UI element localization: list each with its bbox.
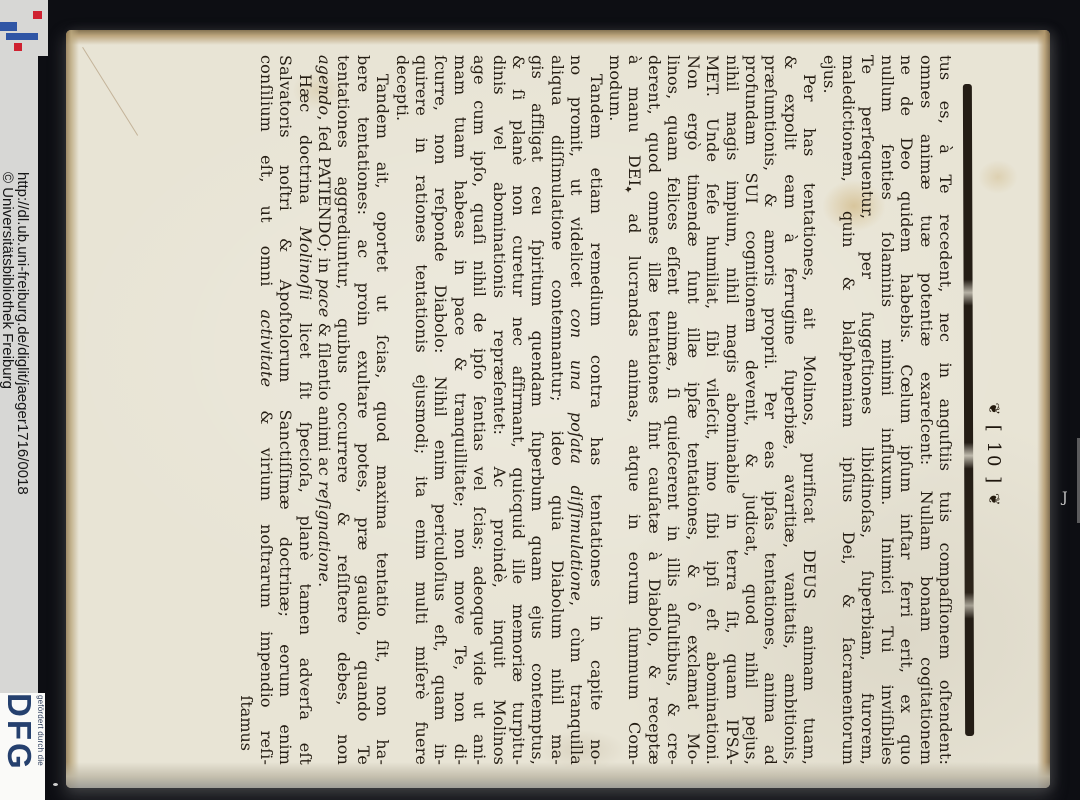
logo-mark-red	[14, 43, 22, 51]
fleuron-icon: ❦	[985, 402, 1003, 417]
text-line: Salvatoris noſtri & Apoſtolorum Sanctiſſ…	[276, 55, 295, 765]
header-rule	[963, 84, 974, 736]
text-line: & ſi planè non curetur nec affirmant, qu…	[509, 55, 528, 765]
logo-mark-blue	[6, 33, 38, 40]
text-line: age cum ipſo, quaſi nihil de ipſo ſentia…	[470, 55, 489, 765]
text-line: agendo, ſed PATIENDO; in pace & ſilentio…	[315, 55, 334, 765]
text-line: gis affligat ceu ſpiritum quendam ſuperb…	[528, 55, 547, 765]
scan-artifact-mark: J	[1062, 490, 1068, 506]
text-line: ſcurre, non reſponde Diabolo: Nihil enim…	[431, 55, 450, 765]
text-line: decepti.	[392, 55, 411, 765]
text-line: nihil magis impium, nihil magis abominab…	[722, 55, 741, 765]
source-reference: http://dl.ub.uni-freiburg.de/diglit/jaeg…	[0, 172, 30, 642]
text-line: & expolit eam à ferrugine ſuperbiæ, avar…	[780, 55, 799, 765]
text-line: tus es, à Te recedent, nec in anguſtiis …	[936, 55, 955, 765]
text-line: MET. Unde ſeſe humiliat, ſibi vileſcit, …	[703, 55, 722, 765]
text-line: nullum ſenties ſolaminis minimi influxum…	[877, 55, 896, 765]
text-line: derent, quod omnes illæ tentationes ſint…	[645, 55, 664, 765]
text-line: linos, quam felices eſſent animæ, ſi qui…	[664, 55, 683, 765]
text-line: profundam SUI cognitionem devenit, & jud…	[742, 55, 761, 765]
text-line: Hæc doctrina Molinoſii licet ſit ſpecioſ…	[295, 55, 314, 765]
text-line: à manu DEI, ad lucrandas animas, atque i…	[625, 55, 644, 765]
text-line: modum.	[606, 55, 625, 765]
text-line: Te perſequentur, per ſuggeſtiones libidi…	[858, 55, 877, 765]
text-line: no promit, ut videlicet con una poſata d…	[567, 55, 586, 765]
page-number: [ 10 ]	[983, 425, 1004, 485]
text-line: conſilium eſt, ut omni activitate & viri…	[256, 55, 275, 765]
text-line: quirere in rationes tentationis ejusmodi…	[412, 55, 431, 765]
paragraph: Hæc doctrina Molinoſii licet ſit ſpecioſ…	[256, 55, 314, 765]
text-line: Per has tentationes, ait Molinos, purifi…	[800, 55, 819, 765]
paragraph: Tandem ait, oportet ut ſcias, quod maxim…	[315, 55, 393, 765]
text-line: dinis vel abominationis repræſentet: Ac …	[489, 55, 508, 765]
paragraph: Per has tentationes, ait Molinos, purifi…	[606, 55, 819, 765]
scanner-background: ✦ ❦ [ 10 ] ❦ tus es, à Te recedent, nec …	[0, 0, 1080, 800]
text-line: maledictionem, quin & blaſphemiam ipſius…	[839, 55, 858, 765]
text-line: omnes animæ tuæ potentiæ exareſcent: Nul…	[916, 55, 935, 765]
text-block: tus es, à Te recedent, nec in anguſtiis …	[256, 55, 955, 765]
page-content: ❦ [ 10 ] ❦ tus es, à Te recedent, nec in…	[66, 30, 1050, 788]
paragraph: tus es, à Te recedent, nec in anguſtiis …	[819, 55, 955, 765]
dfg-logo: gefördert durch die DFG	[0, 693, 45, 800]
text-line: ejus.	[819, 55, 838, 765]
dfg-acronym: DFG	[2, 693, 36, 800]
scan-artifact-speck	[53, 783, 58, 786]
fleuron-icon: ❦	[985, 493, 1003, 508]
catchword: ſtamus	[237, 55, 256, 765]
text-line: aliqua diſſimulatione contemnantur; ideo…	[547, 55, 566, 765]
scanned-page-viewer: { "colors":{ "bg":"#0d0e13","sidebar":"#…	[0, 0, 1080, 800]
text-line: Tandem etiam remedium contra has tentati…	[586, 55, 605, 765]
metadata-sidebar: http://dl.ub.uni-freiburg.de/diglit/jaeg…	[0, 0, 38, 800]
paragraph: Tandem etiam remedium contra has tentati…	[392, 55, 605, 765]
logo-mark-blue	[0, 22, 17, 31]
text-line: præſumtionis, & amoris proprii. Per eas …	[761, 55, 780, 765]
text-line: bere tentationes: ac proin exultare pote…	[353, 55, 372, 765]
text-line: tentationes aggrediuntur, quibus occurre…	[334, 55, 353, 765]
page-header: ❦ [ 10 ] ❦	[983, 145, 1004, 765]
text-line: Tandem ait, oportet ut ſcias, quod maxim…	[373, 55, 392, 765]
logo-mark-red	[33, 11, 42, 19]
text-line: ne de Deo quidem habebis. Cœlum ipſum in…	[897, 55, 916, 765]
copyright-notice: © Universitätsbibliothek Freiburg	[0, 172, 15, 642]
text-line: Non ergò timendæ ſunt illæ ipſæ tentatio…	[683, 55, 702, 765]
book-page-scan: ✦ ❦ [ 10 ] ❦ tus es, à Te recedent, nec …	[66, 30, 1050, 788]
source-url: http://dl.ub.uni-freiburg.de/diglit/jaeg…	[15, 172, 30, 642]
text-line: mam tuam habeas in pace & tranquillitate…	[450, 55, 469, 765]
ub-freiburg-logo-icon	[0, 0, 48, 56]
